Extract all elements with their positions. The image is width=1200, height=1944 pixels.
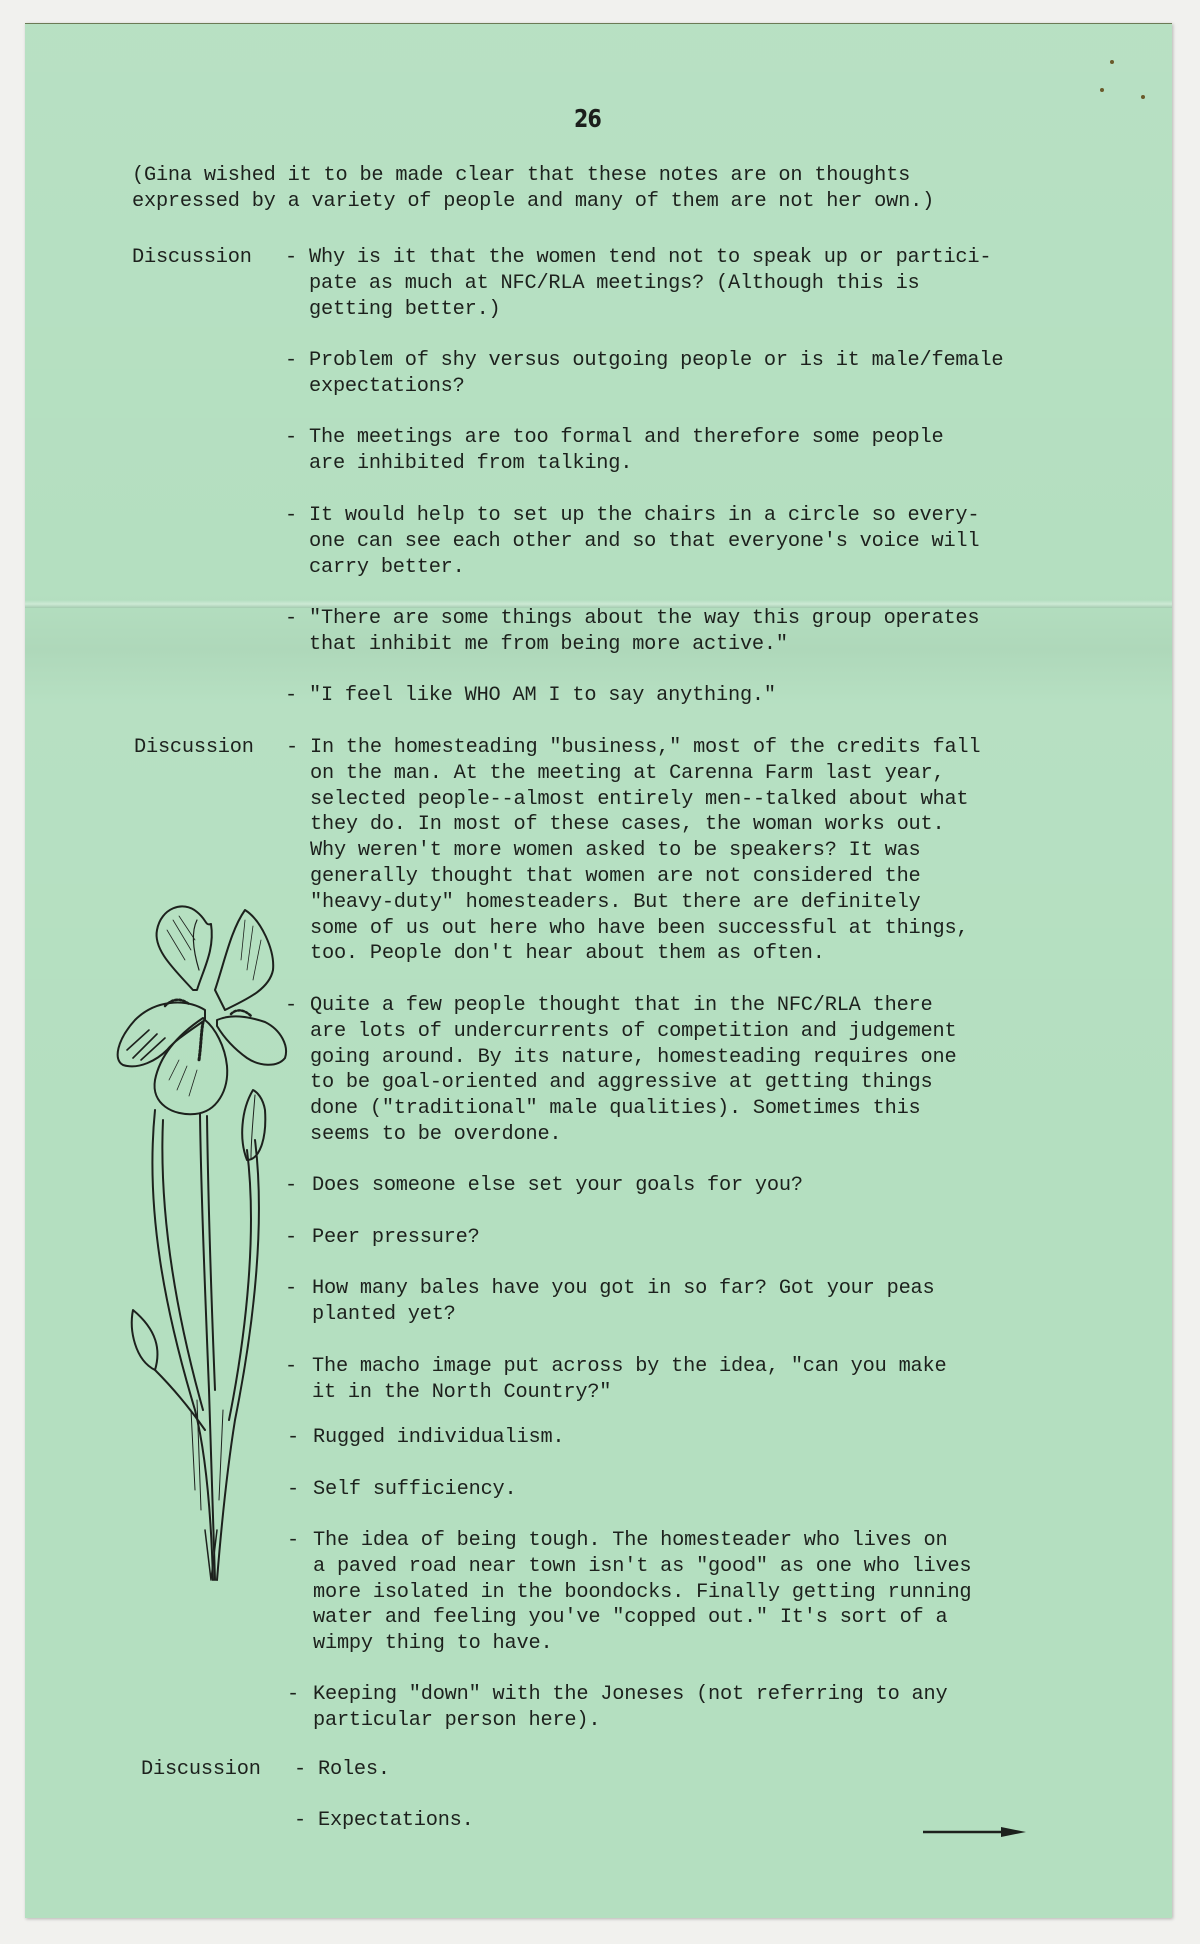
- paper-speck: [1110, 60, 1114, 64]
- iris-flower-illustration: [105, 890, 295, 1590]
- discussion-label: Discussion: [141, 1757, 261, 1783]
- item-dash: -: [294, 1808, 306, 1834]
- discussion-item: Problem of shy versus outgoing people or…: [309, 348, 1099, 400]
- page-number: 26: [574, 104, 601, 133]
- discussion-item: The idea of being tough. The homesteader…: [313, 1528, 1103, 1657]
- paper-speck: [1141, 95, 1145, 99]
- discussion-label: Discussion: [134, 735, 254, 761]
- discussion-item: Roles.: [318, 1757, 1108, 1783]
- discussion-item: Quite a few people thought that in the N…: [310, 993, 1100, 1148]
- item-dash: -: [294, 1757, 306, 1783]
- discussion-item: How many bales have you got in so far? G…: [312, 1276, 1102, 1328]
- item-dash: -: [285, 245, 297, 271]
- item-dash: -: [287, 1682, 299, 1708]
- paper-speck: [1100, 88, 1104, 92]
- item-dash: -: [285, 425, 297, 451]
- item-dash: -: [286, 735, 298, 761]
- discussion-item: Self sufficiency.: [313, 1477, 1103, 1503]
- intro-note: (Gina wished it to be made clear that th…: [132, 163, 934, 215]
- item-dash: -: [285, 503, 297, 529]
- discussion-item: In the homesteading "business," most of …: [310, 735, 1100, 967]
- discussion-label: Discussion: [132, 245, 252, 271]
- discussion-item: Rugged individualism.: [313, 1425, 1103, 1451]
- discussion-item: Why is it that the women tend not to spe…: [309, 245, 1099, 322]
- discussion-item: Peer pressure?: [312, 1225, 1102, 1251]
- discussion-item: The meetings are too formal and therefor…: [309, 425, 1099, 477]
- discussion-item: It would help to set up the chairs in a …: [309, 503, 1099, 580]
- right-arrow-icon: [923, 1826, 1026, 1838]
- discussion-item: The macho image put across by the idea, …: [312, 1354, 1102, 1406]
- item-dash: -: [285, 606, 297, 632]
- discussion-item: Keeping "down" with the Joneses (not ref…: [313, 1682, 1103, 1734]
- discussion-item: Does someone else set your goals for you…: [312, 1173, 1102, 1199]
- item-dash: -: [285, 683, 297, 709]
- discussion-item: "I feel like WHO AM I to say anything.": [309, 683, 1099, 709]
- discussion-item: "There are some things about the way thi…: [309, 606, 1099, 658]
- item-dash: -: [285, 348, 297, 374]
